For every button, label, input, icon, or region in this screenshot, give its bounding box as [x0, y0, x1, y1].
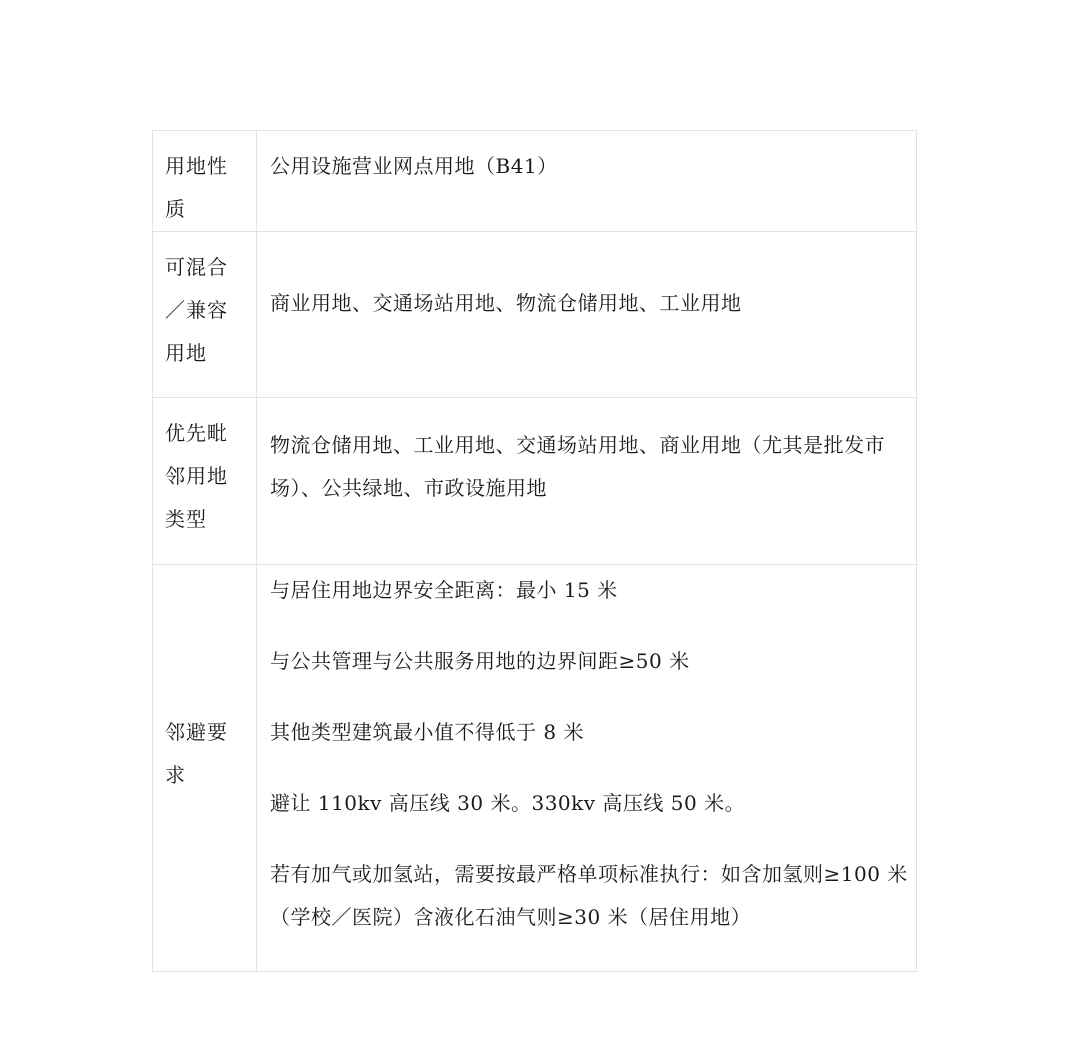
table-row-land-nature: 用地性质 公用设施营业网点用地（B41）	[153, 131, 917, 232]
row-label-cell: 可混合／兼容用地	[153, 232, 257, 398]
row-content: 物流仓储用地、工业用地、交通场站用地、商业用地（尤其是批发市场）、公共绿地、市政…	[270, 424, 908, 510]
land-use-table: 用地性质 公用设施营业网点用地（B41） 可混合／兼容用地 商业用地、交通场站用…	[152, 130, 917, 972]
requirement-item: 与公共管理与公共服务用地的边界间距≥50 米	[270, 640, 908, 683]
table-row-compatible-land: 可混合／兼容用地 商业用地、交通场站用地、物流仓储用地、工业用地	[153, 232, 917, 398]
row-content: 公用设施营业网点用地（B41）	[270, 145, 908, 188]
row-content-cell: 公用设施营业网点用地（B41）	[257, 131, 917, 232]
row-label: 优先毗邻用地类型	[165, 412, 246, 541]
row-label: 用地性质	[165, 145, 246, 231]
row-label: 邻避要求	[165, 711, 246, 797]
table-row-nimby-requirements: 邻避要求 与居住用地边界安全距离：最小 15 米 与公共管理与公共服务用地的边界…	[153, 565, 917, 972]
requirement-item: 避让 110kv 高压线 30 米。330kv 高压线 50 米。	[270, 782, 908, 825]
table-row-preferred-adjacent: 优先毗邻用地类型 物流仓储用地、工业用地、交通场站用地、商业用地（尤其是批发市场…	[153, 398, 917, 565]
row-content-cell: 物流仓储用地、工业用地、交通场站用地、商业用地（尤其是批发市场）、公共绿地、市政…	[257, 398, 917, 565]
requirement-item: 若有加气或加氢站，需要按最严格单项标准执行：如含加氢则≥100 米（学校／医院）…	[270, 853, 908, 939]
row-content-cell: 商业用地、交通场站用地、物流仓储用地、工业用地	[257, 232, 917, 398]
row-label-cell: 优先毗邻用地类型	[153, 398, 257, 565]
requirement-item: 其他类型建筑最小值不得低于 8 米	[270, 711, 908, 754]
requirement-item: 与居住用地边界安全距离：最小 15 米	[270, 569, 908, 612]
row-content-cell: 与居住用地边界安全距离：最小 15 米 与公共管理与公共服务用地的边界间距≥50…	[257, 565, 917, 972]
row-label-cell: 用地性质	[153, 131, 257, 232]
row-label-cell: 邻避要求	[153, 565, 257, 972]
row-content: 商业用地、交通场站用地、物流仓储用地、工业用地	[270, 282, 908, 325]
row-label: 可混合／兼容用地	[165, 246, 246, 375]
